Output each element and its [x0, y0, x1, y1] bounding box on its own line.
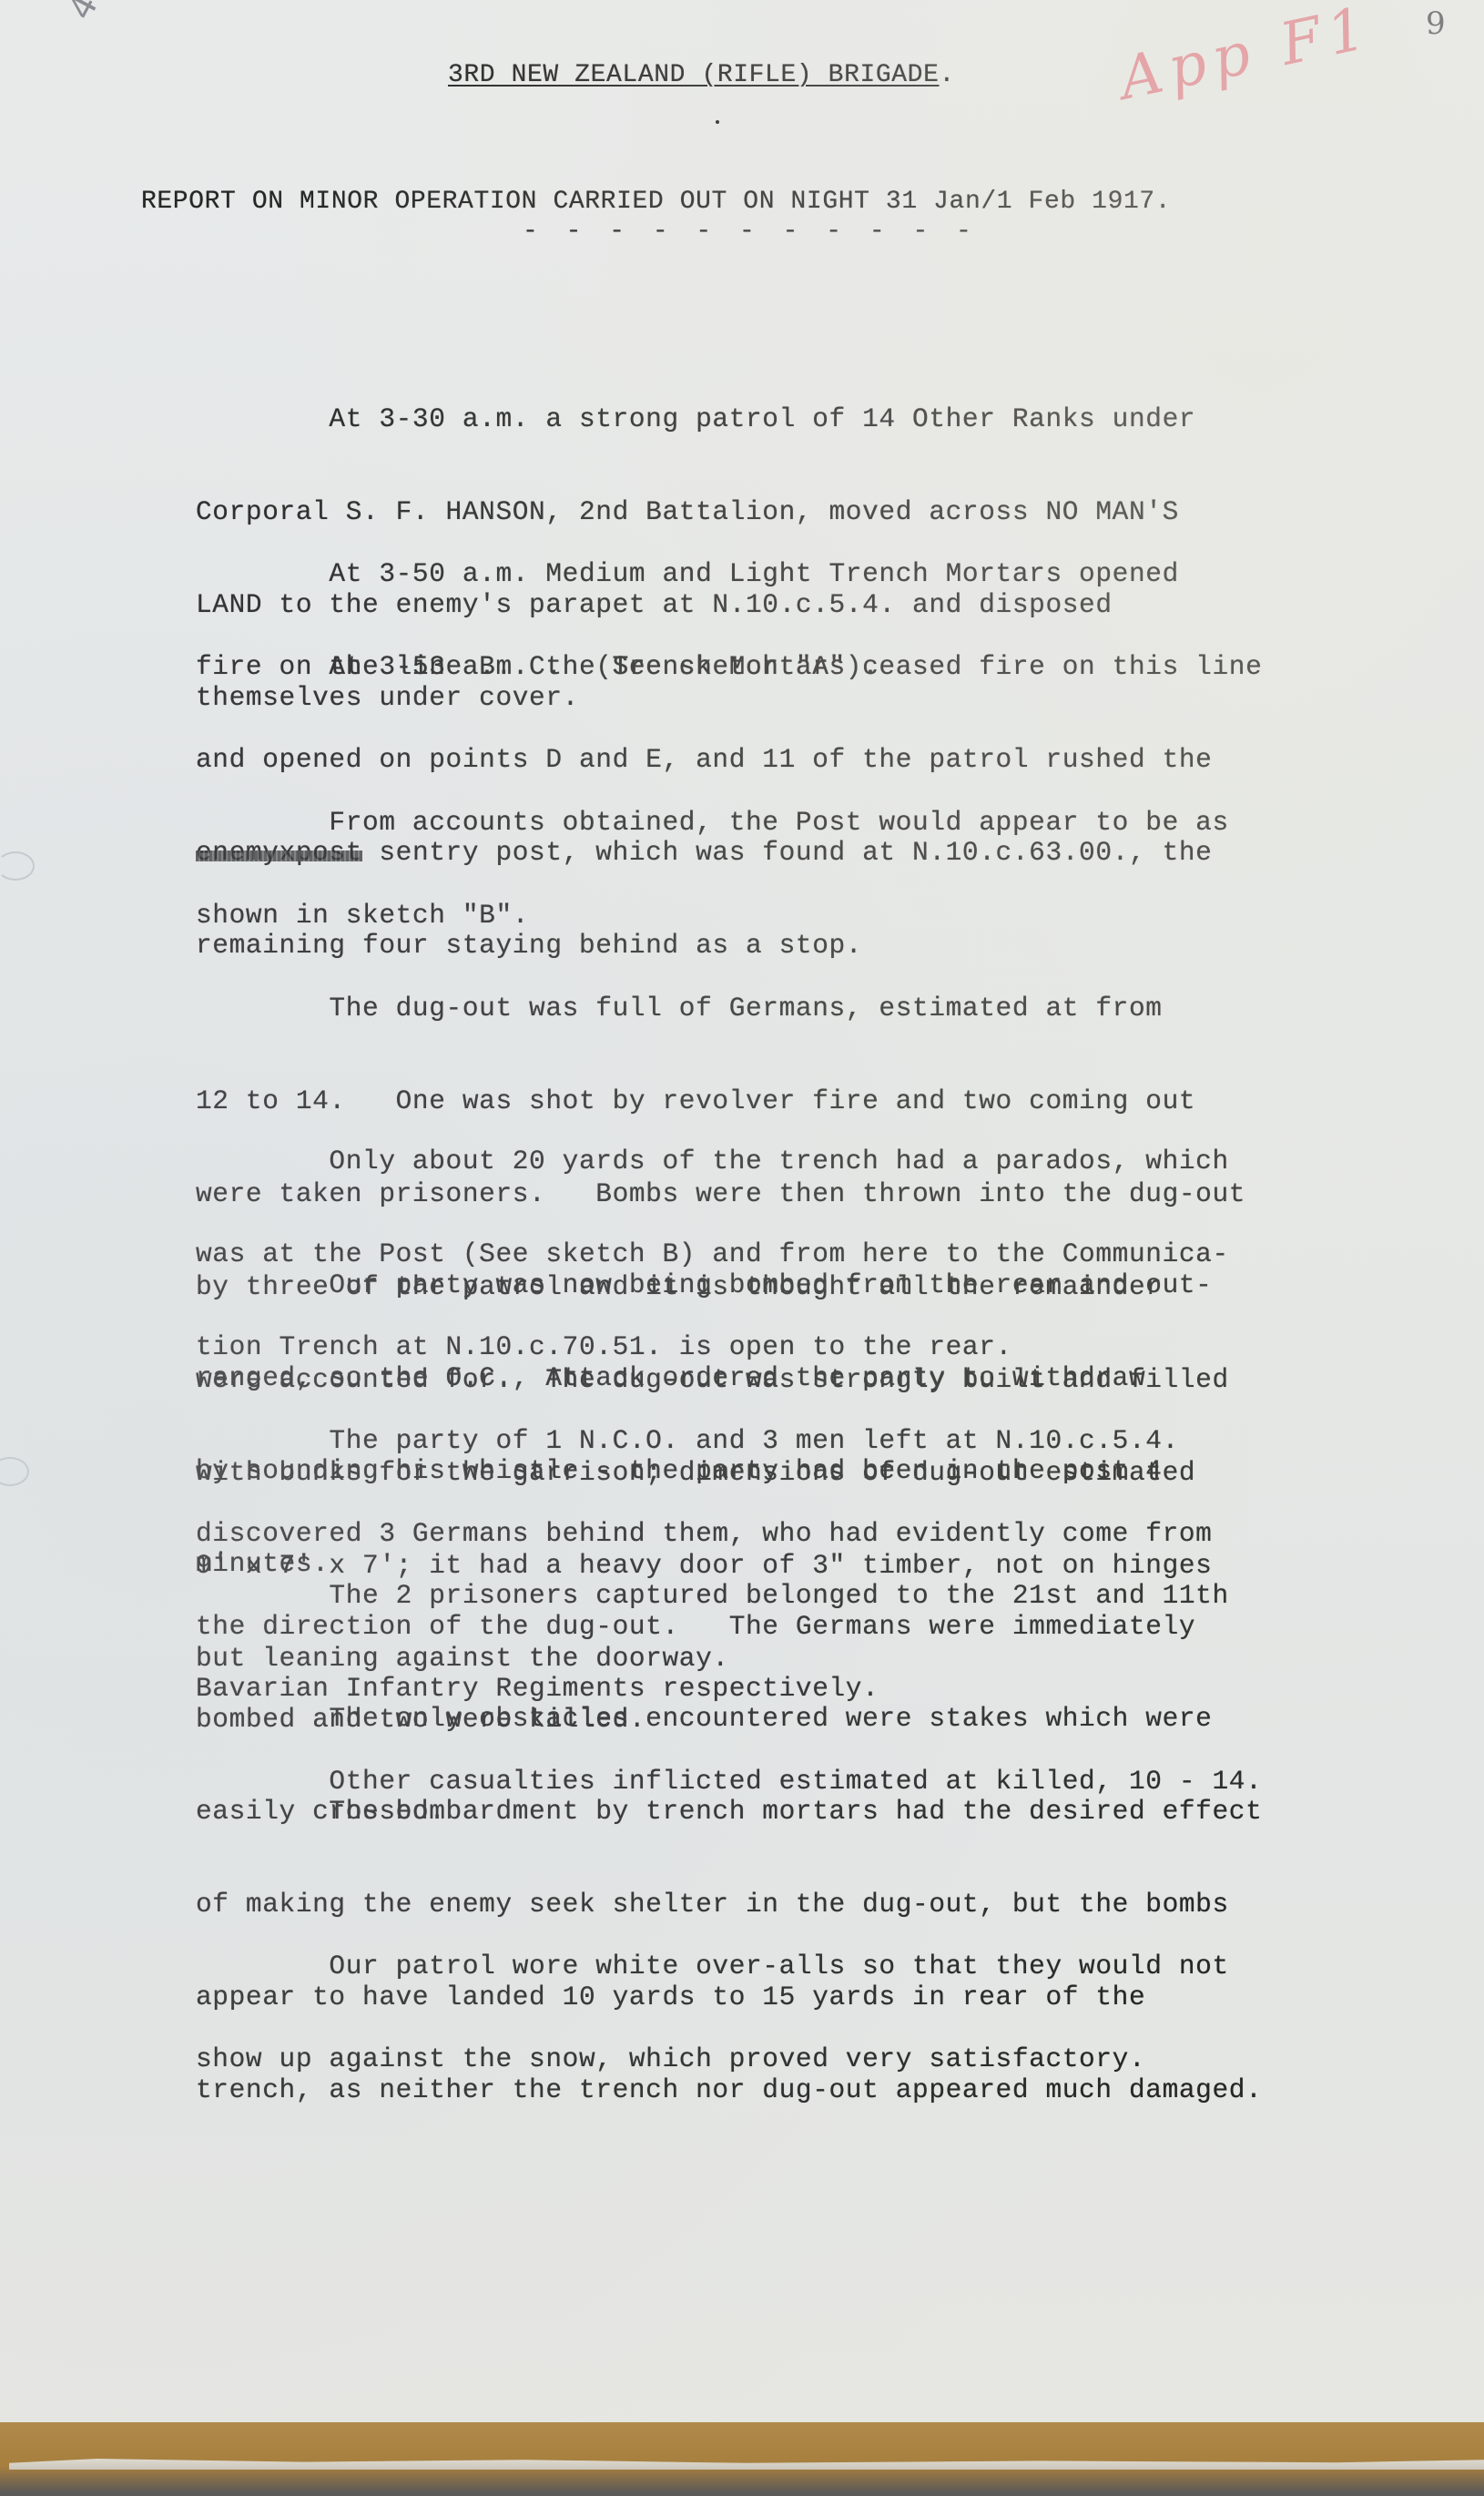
report-title: REPORT ON MINOR OPERATION CARRIED OUT ON… [141, 187, 1171, 218]
text-line: show up against the snow, which proved v… [196, 2043, 1416, 2074]
text-line: Our patrol wore white over-alls so that … [196, 1951, 1416, 1982]
page-number: 9 [1426, 5, 1446, 42]
title-divider: - - - - - - - - - - - [523, 217, 978, 248]
text-line: The 2 prisoners captured belonged to the… [196, 1580, 1416, 1611]
text-line: At 3-30 a.m. a strong patrol of 14 Other… [196, 403, 1416, 434]
brigade-title-suffix: . [940, 61, 955, 89]
text-line: shown in sketch "B". [196, 900, 1416, 931]
text-line: At 3-53 a.m. the Trench Mortars ceased f… [196, 651, 1416, 682]
punch-hole [0, 1457, 29, 1486]
paragraph-overalls: Our patrol wore white over-alls so that … [196, 1889, 1416, 2136]
text-line: The dug-out was full of Germans, estimat… [196, 993, 1416, 1024]
handwritten-appendix-mark: App F1 [1113, 0, 1378, 113]
handwritten-reference-number: 472 [60, 0, 129, 26]
text-line: Our party was now being bombed from the … [196, 1269, 1416, 1300]
brigade-title-text: 3RD NEW ZEALAND (RIFLE) BRIGADE [448, 61, 940, 89]
text-line: Only about 20 yards of the trench had a … [196, 1146, 1416, 1177]
text-line: At 3-50 a.m. Medium and Light Trench Mor… [196, 558, 1416, 589]
stray-dot [716, 120, 719, 124]
text-line: The only obstacles encountered were stak… [196, 1703, 1416, 1734]
brigade-title: 3RD NEW ZEALAND (RIFLE) BRIGADE. [448, 60, 955, 91]
text-line: From accounts obtained, the Post would a… [196, 807, 1416, 838]
text-line: The bombardment by trench mortars had th… [196, 1796, 1416, 1827]
text-line: The party of 1 N.C.O. and 3 men left at … [196, 1425, 1416, 1456]
punch-hole [0, 851, 35, 881]
desk-surface [0, 2422, 1484, 2496]
document-page: 472 App F1 9 3RD NEW ZEALAND (RIFLE) BRI… [0, 0, 1484, 2422]
